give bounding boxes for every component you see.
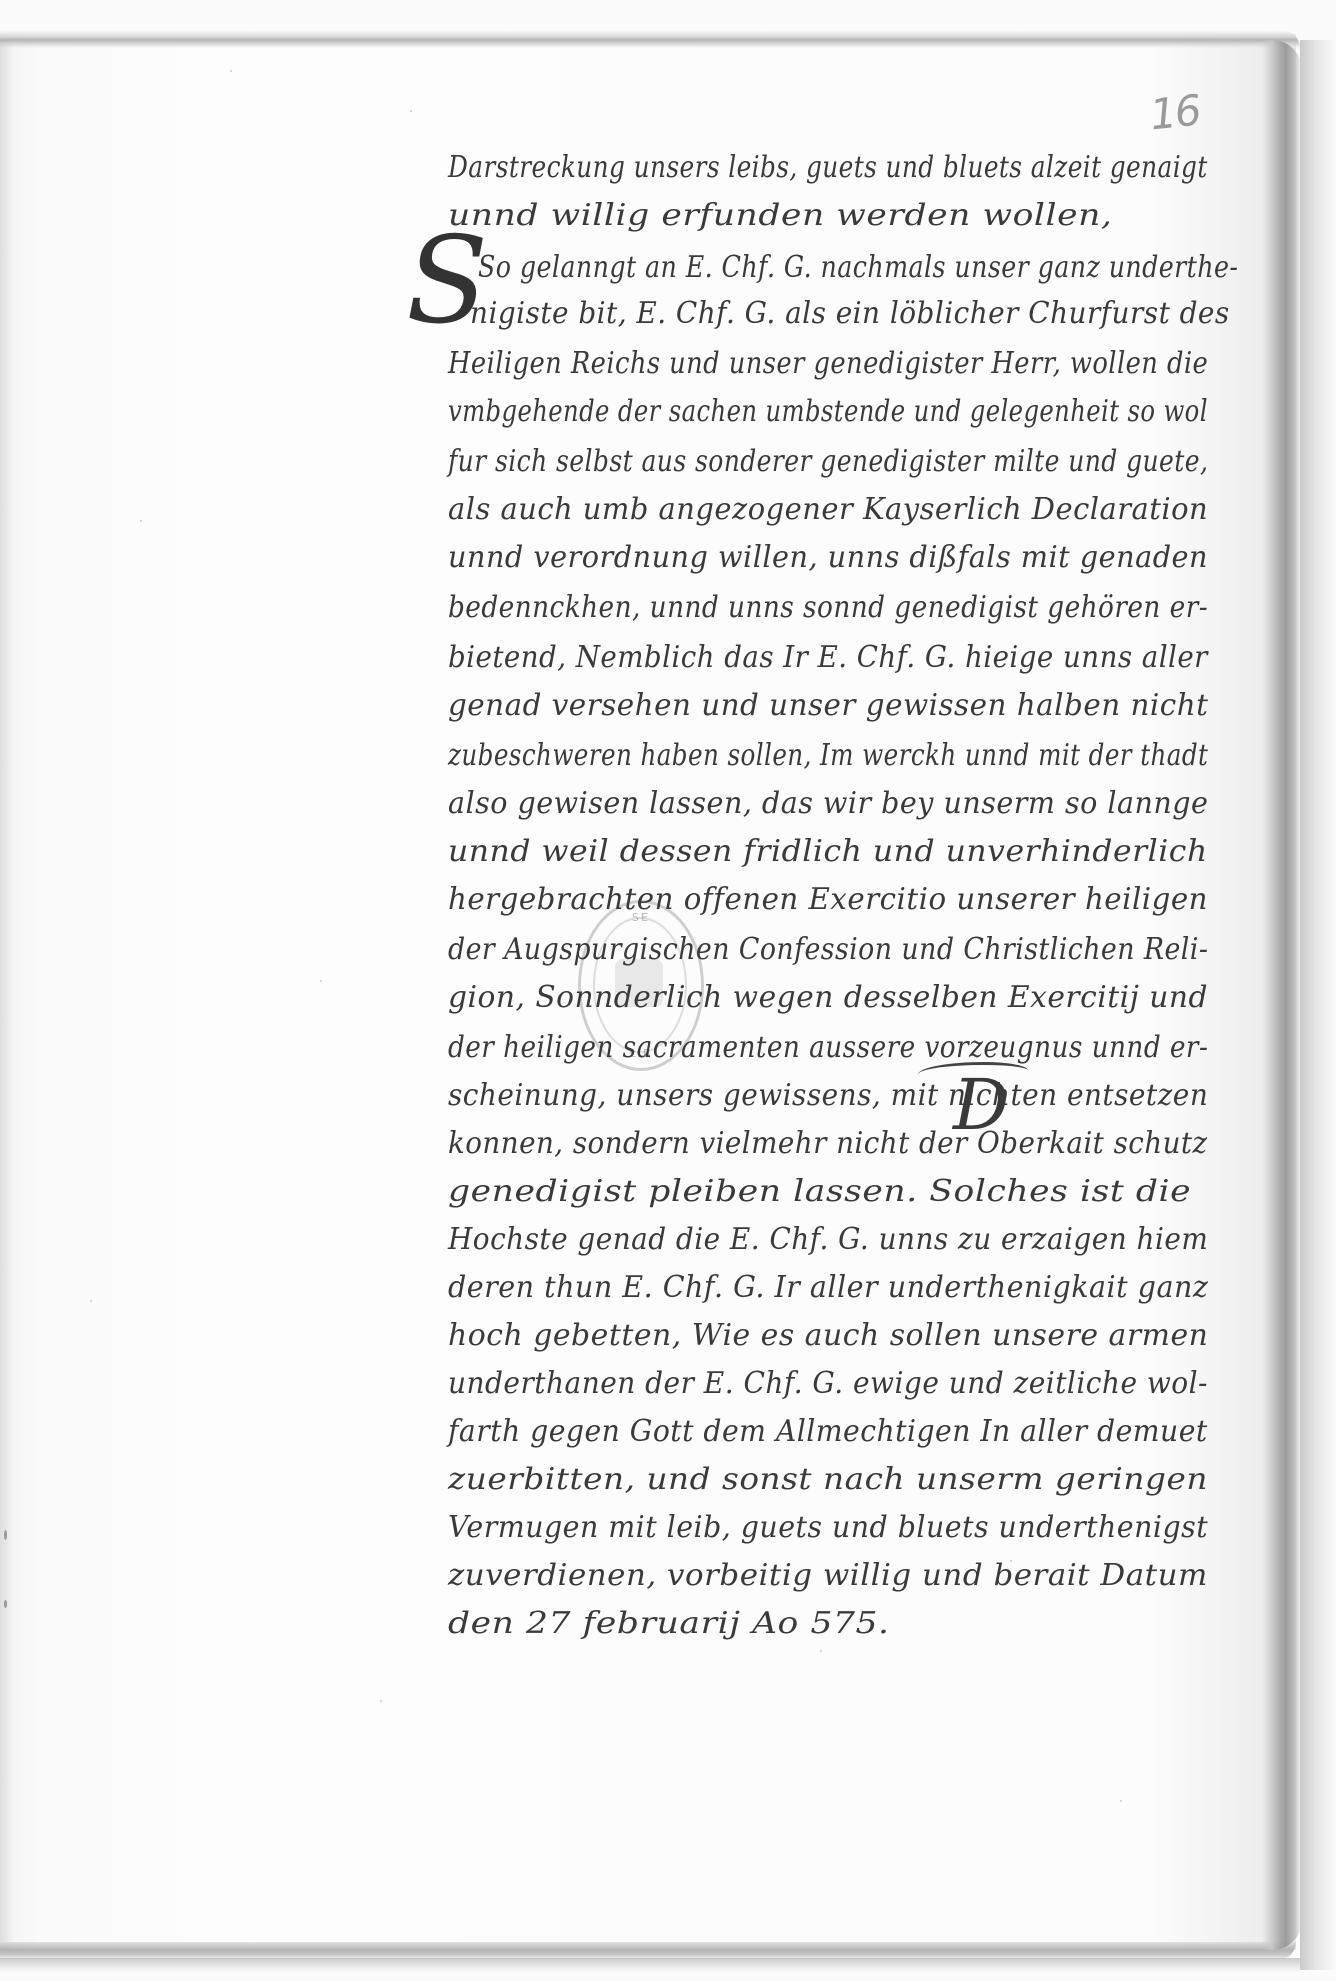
text-line-23: Hochste genad die E. Chf. G. unns zu erz… xyxy=(448,1222,1208,1257)
text-line-3: So gelanngt an E. Chf. G. nachmals unser… xyxy=(478,250,1238,285)
text-line-22: genedigist pleiben lassen. Solches ist d… xyxy=(448,1174,1191,1209)
text-line-5: Heiligen Reichs und unser genedigister H… xyxy=(448,346,1208,381)
text-line-25: hoch gebetten, Wie es auch sollen unsere… xyxy=(448,1318,1208,1353)
text-line-11: bietend, Nemblich das Ir E. Chf. G. hiei… xyxy=(448,640,1208,675)
text-line-12: genad versehen und unser gewissen halben… xyxy=(448,688,1208,723)
text-line-16: hergebrachten offenen Exercitio unserer … xyxy=(448,882,1208,917)
text-line-18: gion, Sonnderlich wegen desselben Exerci… xyxy=(448,980,1208,1015)
page-left-edge xyxy=(0,40,14,1950)
text-line-9: unnd verordnung willen, unns dißfals mit… xyxy=(448,540,1208,575)
text-line-6: vmbgehende der sachen umbstende und gele… xyxy=(448,394,1208,429)
text-line-17: der Augspurgischen Confession und Christ… xyxy=(448,932,1208,967)
page-top-edge xyxy=(0,30,1300,48)
text-line-2: unnd willig erfunden werden wollen, xyxy=(448,198,1112,233)
text-line-26: underthanen der E. Chf. G. ewige und zei… xyxy=(448,1366,1208,1401)
text-line-21: konnen, sondern vielmehr nicht der Oberk… xyxy=(448,1126,1208,1161)
text-line-27: farth gegen Gott dem Allmechtigen In all… xyxy=(448,1414,1208,1449)
text-line-20: scheinung, unsers gewissens, mit nichten… xyxy=(448,1078,1208,1113)
text-line-30: zuverdienen, vorbeitig willig und berait… xyxy=(448,1558,1208,1593)
page-bottom-shadow xyxy=(0,1958,1300,1972)
text-line-24: deren thun E. Chf. G. Ir aller underthen… xyxy=(448,1270,1208,1305)
folio-number: 16 xyxy=(1148,86,1202,140)
text-line-14: also gewisen lassen, das wir bey unserm … xyxy=(448,786,1208,821)
text-line-15: unnd weil dessen fridlich und unverhinde… xyxy=(448,834,1208,869)
text-line-1: Darstreckung unsers leibs, guets und blu… xyxy=(448,150,1208,185)
text-line-7: fur sich selbst aus sonderer genedigiste… xyxy=(448,444,1208,479)
text-line-10: bedennckhen, unnd unns sonnd genedigist … xyxy=(448,590,1208,625)
text-line-8: als auch umb angezogener Kayserlich Decl… xyxy=(448,492,1208,527)
page-fore-edge xyxy=(1262,40,1302,1950)
text-line-19: der heiligen sacramenten aussere vorzeug… xyxy=(448,1030,1208,1065)
text-line-13: zubeschweren haben sollen, Im werckh unn… xyxy=(448,738,1208,773)
text-line-31-date: den 27 februarij Ao 575. xyxy=(448,1606,890,1641)
text-line-29: Vermugen mit leib, guets und bluets unde… xyxy=(448,1510,1208,1545)
text-line-28: zuerbitten, und sonst nach unserm gering… xyxy=(448,1462,1208,1497)
text-line-4: nigiste bit, E. Chf. G. als ein löbliche… xyxy=(470,296,1230,331)
page-right-shadow xyxy=(1300,40,1336,1970)
